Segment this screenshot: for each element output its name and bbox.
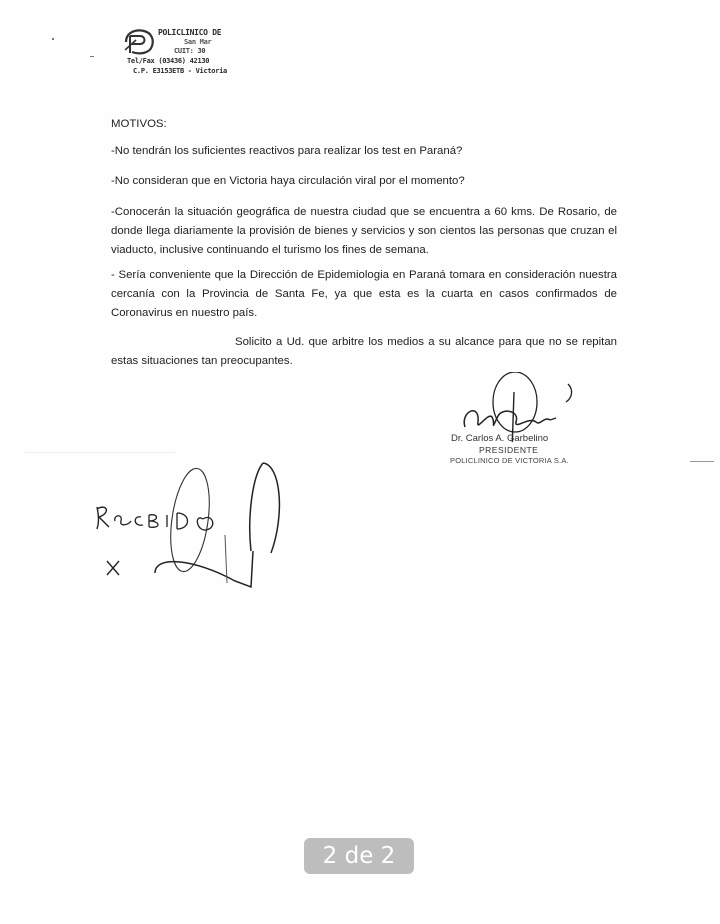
paragraph: -No tendrán los suficientes reactivos pa…	[111, 142, 617, 161]
signatory-role: PRESIDENTE	[479, 445, 538, 455]
signatory-organization: POLICLINICO DE VICTORIA S.A.	[450, 456, 569, 465]
document-page: POLICLINICO DE San Mar CUIT: 30 Tel/Fax …	[0, 0, 720, 924]
closing-paragraph: Solicito a Ud. que arbitre los medios a …	[111, 333, 617, 371]
scan-speck	[90, 56, 94, 57]
paragraph: - Sería conveniente que la Dirección de …	[111, 266, 617, 323]
page-indicator: 2 de 2	[304, 838, 414, 874]
letterhead-cp: C.P. E3153ETB - Victoria	[133, 67, 227, 75]
received-handwritten-note: Recibido	[85, 455, 295, 595]
letterhead: POLICLINICO DE San Mar CUIT: 30 Tel/Fax …	[122, 24, 252, 84]
section-heading: MOTIVOS:	[111, 115, 617, 134]
scan-mark	[25, 452, 175, 453]
clinic-logo-icon	[122, 28, 156, 56]
scan-speck	[52, 38, 54, 40]
letterhead-address: San Mar	[184, 38, 211, 46]
paragraph: -No consideran que en Victoria haya circ…	[111, 172, 617, 191]
letterhead-tel: Tel/Fax (03436) 42130	[127, 57, 209, 65]
signature-block: Dr. Carlos A. Garbelino PRESIDENTE POLIC…	[440, 372, 630, 472]
signatory-name: Dr. Carlos A. Garbelino	[451, 433, 548, 444]
scan-mark	[690, 461, 714, 462]
paragraph: -Conocerán la situación geográfica de nu…	[111, 203, 617, 260]
letterhead-name: POLICLINICO DE	[158, 28, 221, 37]
handwritten-signature-icon	[440, 372, 630, 442]
letterhead-cuit: CUIT: 30	[174, 47, 205, 55]
